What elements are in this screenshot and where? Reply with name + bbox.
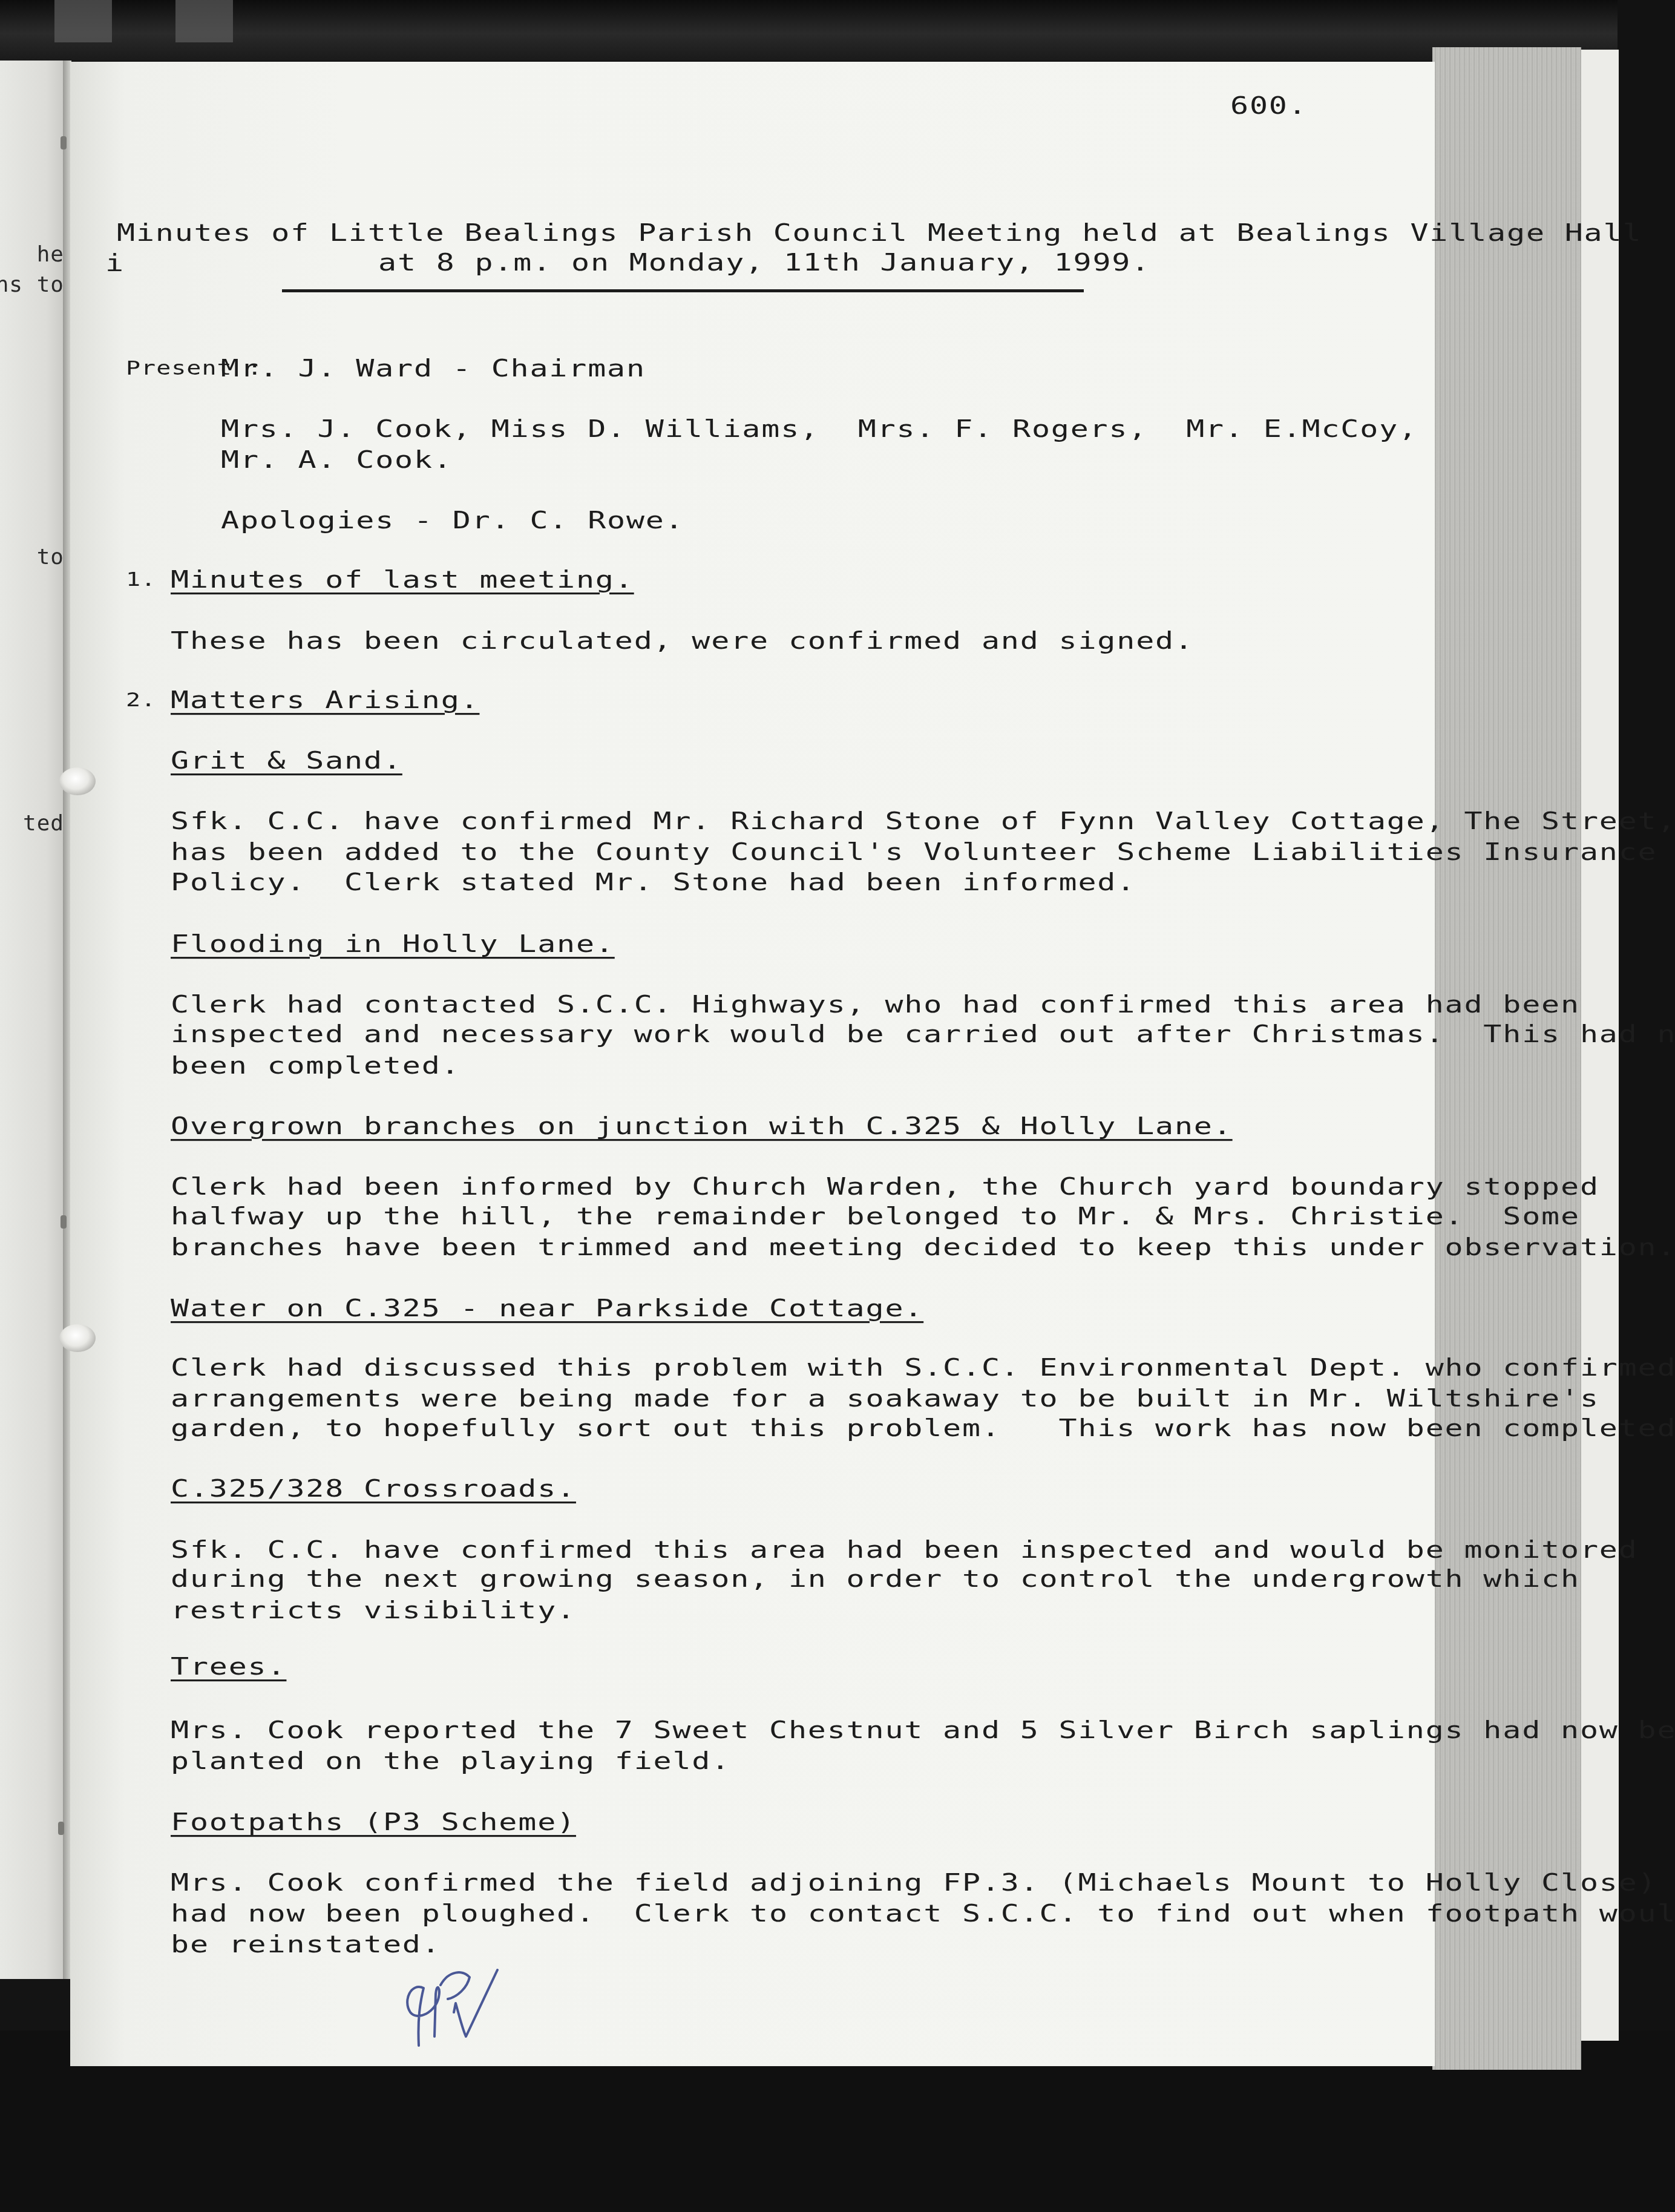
page-number: 600.	[1230, 94, 1308, 118]
body-line: halfway up the hill, the remainder belon…	[171, 1205, 1580, 1229]
subsection-heading-crossroads: C.325/328 Crossroads.	[171, 1477, 576, 1501]
body-line: Sfk. C.C. have confirmed Mr. Richard Sto…	[171, 810, 1675, 833]
title-rule	[282, 289, 1084, 292]
item-heading-matters-arising: Matters Arising.	[171, 689, 479, 712]
body-line: inspected and necessary work would be ca…	[171, 1023, 1675, 1046]
binding-mark	[61, 1215, 67, 1229]
body-line: had now been ploughed. Clerk to contact …	[171, 1902, 1675, 1926]
members-line-2: Mr. A. Cook.	[221, 448, 453, 472]
body-line: been completed.	[171, 1054, 461, 1078]
body-line: Sfk. C.C. have confirmed this area had b…	[171, 1538, 1638, 1562]
body-line: garden, to hopefully sort out this probl…	[171, 1417, 1675, 1440]
apologies: Apologies - Dr. C. Rowe.	[221, 509, 684, 533]
item-number: 2.	[126, 689, 156, 712]
previous-page-edge: he ns to to ted	[0, 61, 67, 1979]
subsection-heading-footpaths: Footpaths (P3 Scheme)	[171, 1811, 576, 1834]
binding-mark	[58, 1822, 64, 1835]
previous-page-fragment: to	[37, 545, 64, 569]
book-cover-top	[0, 0, 1675, 61]
cover-cloth-patch	[54, 0, 112, 42]
body-line: Mrs. Cook confirmed the field adjoining …	[171, 1871, 1657, 1895]
binding-hole	[59, 1324, 96, 1352]
page-stack-edge	[1432, 47, 1581, 2070]
subsection-heading-trees: Trees.	[171, 1655, 286, 1679]
signature-initials	[393, 1946, 526, 2055]
members-line-1: Mrs. J. Cook, Miss D. Williams, Mrs. F. …	[221, 418, 1418, 441]
previous-page-fragment: ted	[23, 811, 64, 836]
body-line: arrangements were being made for a soaka…	[171, 1387, 1599, 1411]
item-body: These has been circulated, were confirme…	[171, 629, 1194, 653]
title-line-2: at 8 p.m. on Monday, 11th January, 1999.	[378, 251, 1150, 275]
subsection-heading-water: Water on C.325 - near Parkside Cottage.	[171, 1297, 923, 1321]
chairman: Mr. J. Ward - Chairman	[221, 357, 646, 381]
body-line: branches have been trimmed and meeting d…	[171, 1236, 1675, 1259]
body-line: planted on the playing field.	[171, 1750, 730, 1773]
binding-hole	[59, 767, 96, 795]
subsection-heading-grit-sand: Grit & Sand.	[171, 749, 402, 773]
body-line: Clerk had contacted S.C.C. Highways, who…	[171, 993, 1580, 1017]
previous-page-fragment: ns to	[0, 272, 64, 297]
item-heading-minutes: Minutes of last meeting.	[171, 568, 634, 592]
previous-page-fragment: he	[37, 242, 64, 267]
cover-cloth-patch	[175, 0, 233, 42]
binding-mark	[61, 136, 67, 149]
subsection-heading-overgrown-branches: Overgrown branches on junction with C.32…	[171, 1115, 1233, 1138]
title-line-1: Minutes of Little Bealings Parish Counci…	[117, 222, 1642, 245]
body-line: Clerk had discussed this problem with S.…	[171, 1356, 1675, 1380]
subsection-heading-flooding: Flooding in Holly Lane.	[171, 933, 615, 956]
margin-mark: i	[105, 252, 125, 275]
body-line: restricts visibility.	[171, 1599, 576, 1623]
body-line: has been added to the County Council's V…	[171, 841, 1657, 864]
body-line: Clerk had been informed by Church Warden…	[171, 1175, 1599, 1199]
body-line: during the next growing season, in order…	[171, 1567, 1580, 1591]
body-line: Policy. Clerk stated Mr. Stone had been …	[171, 871, 1136, 894]
body-line: Mrs. Cook reported the 7 Sweet Chestnut …	[171, 1719, 1675, 1742]
item-number: 1.	[126, 568, 156, 592]
